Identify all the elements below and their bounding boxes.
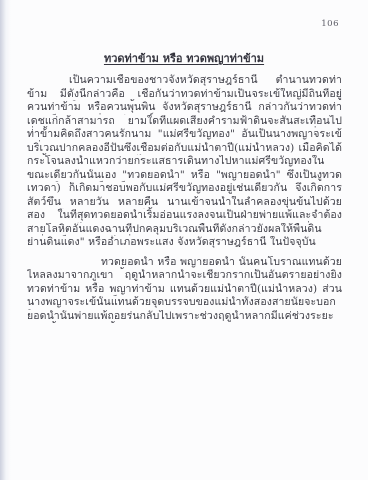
paragraph-2: ทวดยอดน้ำ หรือ พญายอดน้ำ นั้นคนโบราณแทนด… [27,256,342,324]
text-line: นางพญาจระเข้นั้นแทนด้วยจุดบรรจบของแม่น้ำ… [27,296,342,310]
text-line: เป็นความเชื่อของชาวจังหวัดสุราษฎร์ธานี ต… [27,74,342,88]
text-line: เดชแก่กล้าสามารถ ยามใดที่แผดเสียงคำรามฟ้… [27,115,342,129]
text-line: สอง ในที่สุดทวดยอดน้ำเริ่มอ่อนแรงลงจนเป็… [27,209,342,223]
text-line: ทวดท่าข้าม หรือ พญาท่าข้าม แทนด้วยแม่น้ำ… [27,283,342,297]
page-number: 106 [321,19,339,29]
page-title: ทวดท่าข้าม หรือ ทวดพญาท่าข้าม [27,49,341,67]
text-line: ทวดยอดน้ำ หรือ พญายอดน้ำ นั้นคนโบราณแทนด… [27,256,342,270]
text-line: บริเวณปากคลองอีปันซึ่งเชื่อมต่อกับแม่น้ำ… [27,142,342,156]
paragraph-1: เป็นความเชื่อของชาวจังหวัดสุราษฎร์ธานี ต… [27,74,342,250]
text-line: กระโจนลงน้ำแหวกว่ายกระแสธารเดินทางไปหาแม… [27,155,342,169]
text-line: ยอดน้ำนั้นพ่ายแพ้ถอยร่นกลับไปเพราะช่วงฤด… [27,310,342,324]
text-line: สัตว์ขึ้น หลายวัน หลายคืน นานเข้าจนน้ำใน… [27,196,342,210]
text-line: ท่าข้ามคิดถึงสาวคนรักนาม "แม่ศรีขวัญทอง"… [27,128,342,142]
text-line: ข้าม มีดังนี้กล่าวคือ เชื่อกันว่าทวดท่าข… [27,88,342,102]
text-line: ควนท่าข้าม หรือควนพุนพิน จังหวัดสุราษฎร์… [27,101,342,115]
book-page: 106 ทวดท่าข้าม หรือ ทวดพญาท่าข้าม เป็นคว… [0,0,368,480]
text-line: ขณะเดียวกันนั้นเอง "ทวดยอดน้ำ" หรือ "พญา… [27,169,342,183]
text-line: ไหลลงมาจากภูเขา ฤดูน้ำหลากน้ำจะเชี่ยวกรา… [27,269,342,283]
text-line: เทวดา) ก็เกิดมาชอบพอกับแม่ศรีขวัญทองอยู่… [27,182,342,196]
scan-edge-shadow [0,0,11,480]
text-line: ย่านดินแดง" หรืออำเภอพระแสง จังหวัดสุราษ… [27,236,342,250]
text-line: สายโลหิตอันแดงฉานที่ปกคลุมบริเวณพื้นที่ด… [27,223,342,237]
